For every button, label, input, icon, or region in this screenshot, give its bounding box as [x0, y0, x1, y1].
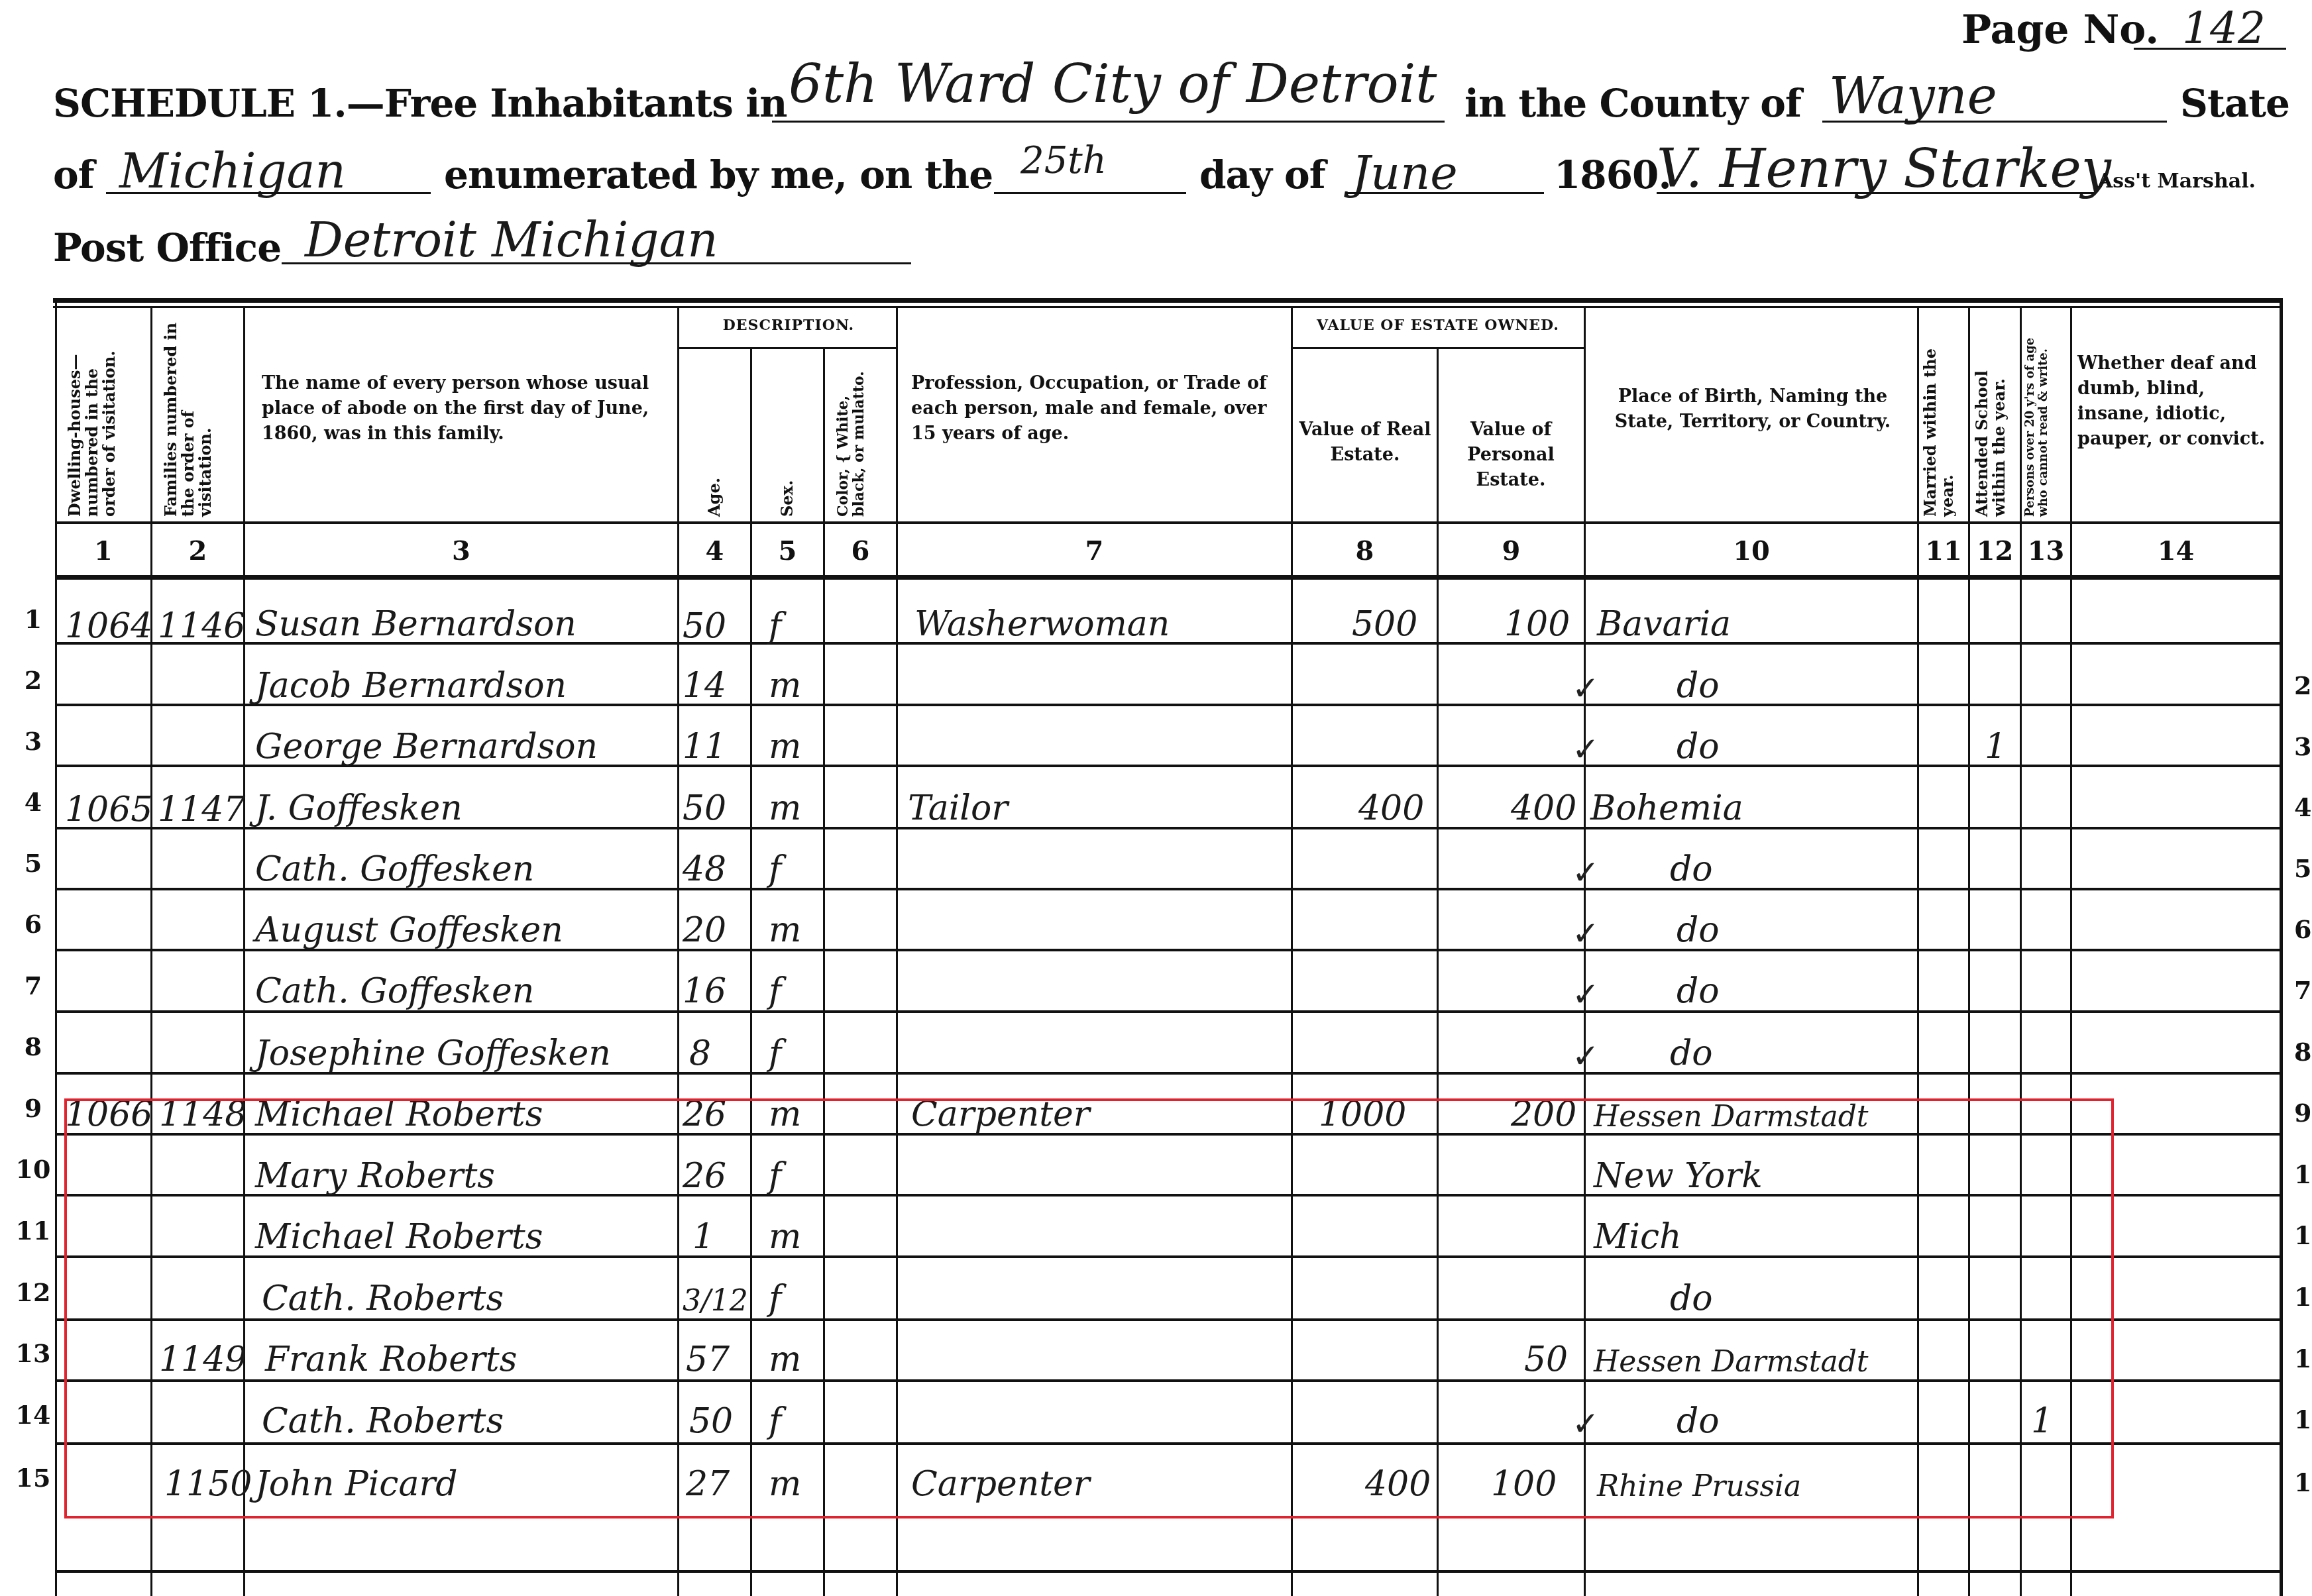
age-value: 14	[683, 666, 726, 706]
family-number: 1146	[158, 606, 245, 646]
schedule-label: SCHEDULE 1.—Free Inhabitants in	[53, 81, 787, 126]
col-num: 2	[152, 535, 243, 566]
row-line	[55, 1379, 2282, 1382]
age-value: 8	[689, 1034, 711, 1073]
col-num: 4	[679, 535, 750, 566]
col-header-cannot-read: Persons over 20 y'rs of age who cannot r…	[2024, 311, 2067, 517]
col-header-real-estate: Value of Real Estate.	[1299, 417, 1431, 468]
birthplace-value: do	[1677, 971, 1720, 1011]
enumerated-label: enumerated by me, on the	[444, 152, 993, 197]
col-num: 10	[1586, 535, 1917, 566]
person-name: John Picard	[255, 1464, 458, 1504]
marshal-signature: V. Henry Starkey	[1657, 138, 2111, 199]
dwelling-number: 1065	[65, 790, 152, 829]
right-line-number: 15	[2294, 1467, 2312, 1497]
age-value: 16	[683, 971, 726, 1011]
post-office-underline	[282, 262, 911, 264]
col-header-family: Families numbered in the order of visita…	[162, 318, 235, 517]
page-no-underline	[2134, 48, 2286, 50]
col-header-sex: Sex.	[779, 464, 805, 517]
col-num: 7	[898, 535, 1291, 566]
family-number: 1147	[158, 790, 245, 829]
age-value: 50	[683, 788, 726, 828]
header-bottom-line	[55, 521, 2282, 524]
county-value: Wayne	[1829, 66, 1997, 125]
line-number: 11	[10, 1216, 56, 1246]
real-estate-value: 400	[1365, 1464, 1431, 1504]
value-group-divider	[1291, 347, 1586, 349]
person-name: Michael Roberts	[255, 1217, 543, 1257]
year-label: 1860.	[1554, 152, 1671, 197]
family-number: 1149	[159, 1340, 247, 1379]
table-right-border	[2280, 299, 2283, 1596]
right-line-number: 9	[2294, 1098, 2311, 1128]
occupation-value: Tailor	[908, 788, 1008, 828]
line-number: 10	[10, 1154, 56, 1184]
right-line-number: 11	[2294, 1220, 2312, 1250]
person-name: August Goffesken	[255, 910, 563, 950]
sex-value: m	[769, 788, 801, 828]
line-number: 15	[10, 1463, 56, 1493]
county-label: in the County of	[1464, 81, 1801, 126]
birthplace-value: do	[1670, 1279, 1713, 1318]
check-mark-icon: ✓	[1572, 730, 1600, 769]
marshal-underline	[1657, 192, 2094, 194]
age-value: 27	[686, 1464, 730, 1504]
birthplace-value: do	[1670, 1034, 1713, 1073]
line-number: 12	[10, 1277, 56, 1307]
birthplace-value: do	[1677, 910, 1720, 950]
col-num: 11	[1919, 535, 1968, 566]
group-header-value-estate: VALUE OF ESTATE OWNED.	[1292, 317, 1584, 334]
line-number: 14	[10, 1400, 56, 1430]
right-line-number: 6	[2294, 914, 2311, 944]
col-header-personal-estate: Value of Personal Estate.	[1445, 417, 1577, 493]
line-number: 3	[17, 726, 50, 756]
sex-value: m	[769, 1464, 801, 1504]
sex-value: m	[769, 1217, 801, 1257]
col-line	[750, 347, 752, 1596]
description-group-divider	[677, 347, 898, 349]
birthplace-value: Bavaria	[1597, 604, 1731, 644]
page-no-label: Page No.	[1961, 7, 2159, 53]
right-line-number: 4	[2294, 792, 2311, 822]
person-name: Jacob Bernardson	[255, 666, 567, 706]
location-underline	[772, 121, 1445, 123]
cannot-read-value: 1	[2031, 1401, 2053, 1441]
age-value: 26	[683, 1156, 726, 1196]
real-estate-value: 400	[1358, 788, 1424, 828]
age-value: 11	[683, 727, 726, 767]
check-mark-icon: ✓	[1572, 1405, 1600, 1443]
check-mark-icon: ✓	[1572, 1037, 1600, 1075]
dwelling-number: 1066	[65, 1094, 152, 1134]
col-num: 12	[1970, 535, 2020, 566]
col-num: 5	[752, 535, 823, 566]
right-line-number: 7	[2294, 975, 2311, 1005]
marshal-label: Ass't Marshal.	[2097, 170, 2256, 193]
age-value: 26	[683, 1094, 726, 1134]
check-mark-icon: ✓	[1572, 914, 1600, 953]
right-line-number: 14	[2294, 1405, 2312, 1434]
schedule-title: SCHEDULE 1.—Free Inhabitants in	[53, 81, 787, 126]
dwelling-number: 1064	[65, 606, 152, 646]
line-number: 13	[10, 1338, 56, 1368]
col-num: 14	[2072, 535, 2280, 566]
line-number: 9	[17, 1093, 50, 1123]
sex-value: f	[769, 1401, 781, 1441]
line-number: 5	[17, 848, 50, 878]
line-number: 7	[17, 971, 50, 1000]
person-name: Cath. Roberts	[262, 1279, 504, 1318]
birthplace-value: Bohemia	[1590, 788, 1743, 828]
sex-value: m	[769, 727, 801, 767]
birthplace-value: do	[1677, 666, 1720, 706]
family-number: 1148	[159, 1094, 247, 1134]
real-estate-value: 500	[1352, 604, 1417, 644]
person-name: J. Goffesken	[255, 788, 463, 828]
line-number: 8	[17, 1032, 50, 1061]
col-header-dwelling: Dwelling-houses—numbered in the order of…	[66, 318, 146, 517]
right-line-number: 12	[2294, 1282, 2312, 1312]
person-name: Mary Roberts	[255, 1156, 495, 1196]
post-office-label: Post Office	[53, 225, 281, 270]
age-value: 3/12	[683, 1281, 748, 1321]
check-mark-icon: ✓	[1572, 975, 1600, 1014]
occupation-value: Carpenter	[911, 1094, 1090, 1134]
right-line-number: 2	[2294, 670, 2311, 700]
person-name: Frank Roberts	[265, 1340, 517, 1379]
col-header-infirmity: Whether deaf and dumb, blind, insane, id…	[2077, 351, 2273, 452]
right-line-number: 13	[2294, 1344, 2312, 1373]
day-value: 25th	[1020, 139, 1107, 182]
col-num: 9	[1439, 535, 1584, 566]
row-line	[55, 1570, 2282, 1573]
state-label: State	[2180, 81, 2289, 126]
birthplace-value: Hessen Darmstadt	[1594, 1342, 1869, 1382]
sex-value: f	[769, 1279, 781, 1318]
person-name: Josephine Goffesken	[255, 1034, 611, 1073]
county-underline	[1822, 121, 2167, 123]
birthplace-value: New York	[1594, 1156, 1763, 1196]
age-value: 50	[689, 1401, 733, 1441]
personal-estate-value: 50	[1524, 1340, 1568, 1379]
state-underline	[106, 192, 431, 194]
group-header-description: DESCRIPTION.	[679, 317, 898, 334]
real-estate-value: 1000	[1319, 1094, 1406, 1134]
personal-estate-value: 400	[1511, 788, 1576, 828]
occupation-value: Washerwoman	[914, 604, 1170, 644]
row-line	[55, 1318, 2282, 1321]
month-underline	[1345, 192, 1544, 194]
age-value: 57	[686, 1340, 730, 1379]
sex-value: f	[769, 1034, 781, 1073]
table-top-inner-border	[53, 306, 2283, 308]
personal-estate-value: 100	[1491, 1464, 1557, 1504]
col-num: 3	[245, 535, 677, 566]
birthplace-value: do	[1677, 727, 1720, 767]
age-value: 48	[683, 849, 726, 889]
line-number: 2	[17, 665, 50, 695]
of-label: of	[53, 152, 94, 197]
person-name: Cath. Goffesken	[255, 849, 534, 889]
day-underline	[994, 192, 1186, 194]
col-header-age: Age.	[706, 457, 732, 517]
person-name: Susan Bernardson	[255, 604, 577, 644]
col-line	[823, 347, 825, 1596]
table-top-border	[53, 298, 2283, 303]
age-value: 1	[692, 1217, 714, 1257]
col-num: 6	[825, 535, 896, 566]
state-value: Michigan	[119, 143, 346, 199]
day-of-label: day of	[1199, 152, 1325, 197]
right-line-number: 10	[2294, 1159, 2312, 1189]
col-header-name: The name of every person whose usual pla…	[262, 371, 666, 447]
col-num: 1	[56, 535, 150, 566]
row-line	[55, 1442, 2282, 1445]
page-number-label: Page No. 142	[1961, 3, 2266, 54]
person-name: Cath. Goffesken	[255, 971, 534, 1011]
person-name: George Bernardson	[255, 727, 598, 767]
col-header-school: Attended School within the year.	[1973, 318, 2017, 517]
line-number: 1	[17, 604, 50, 634]
col-header-occupation: Profession, Occupation, or Trade of each…	[911, 371, 1282, 447]
person-name: Michael Roberts	[255, 1094, 543, 1134]
line-number: 4	[17, 787, 50, 817]
age-value: 50	[683, 606, 726, 646]
page-no-value: 142	[2182, 3, 2266, 54]
sex-value: m	[769, 910, 801, 950]
check-mark-icon: ✓	[1572, 669, 1600, 708]
occupation-value: Carpenter	[911, 1464, 1090, 1504]
col-line	[1437, 347, 1439, 1596]
personal-estate-value: 100	[1504, 604, 1570, 644]
sex-value: m	[769, 1340, 801, 1379]
location-value: 6th Ward City of Detroit	[789, 53, 1437, 115]
check-mark-icon: ✓	[1572, 853, 1600, 892]
sex-value: f	[769, 849, 781, 889]
post-office-value: Detroit Michigan	[305, 212, 718, 268]
col-num: 13	[2022, 535, 2070, 566]
col-header-birthplace: Place of Birth, Naming the State, Territ…	[1597, 384, 1908, 435]
personal-estate-value: 200	[1511, 1094, 1576, 1134]
birthplace-value: Hessen Darmstadt	[1594, 1097, 1869, 1137]
right-line-number: 8	[2294, 1037, 2311, 1067]
sex-value: f	[769, 1156, 781, 1196]
right-line-number: 3	[2294, 731, 2311, 761]
age-value: 20	[683, 910, 726, 950]
sex-value: m	[769, 1094, 801, 1134]
col-num: 8	[1293, 535, 1437, 566]
sex-value: f	[769, 606, 781, 646]
birthplace-value: Mich	[1594, 1217, 1682, 1257]
col-header-color: Color, { White, black, or mulatto.	[835, 351, 895, 517]
sex-value: f	[769, 971, 781, 1011]
sex-value: m	[769, 666, 801, 706]
school-value: 1	[1985, 727, 2007, 767]
person-name: Cath. Roberts	[262, 1401, 504, 1441]
right-line-number: 5	[2294, 853, 2311, 883]
birthplace-value: do	[1677, 1401, 1720, 1441]
column-number-bottom-line	[55, 575, 2282, 580]
birthplace-value: do	[1670, 849, 1713, 889]
family-number: 1150	[164, 1464, 252, 1504]
birthplace-value: Rhine Prussia	[1597, 1467, 1801, 1507]
col-header-married: Married within the year.	[1922, 318, 1965, 517]
line-number: 6	[17, 909, 50, 939]
